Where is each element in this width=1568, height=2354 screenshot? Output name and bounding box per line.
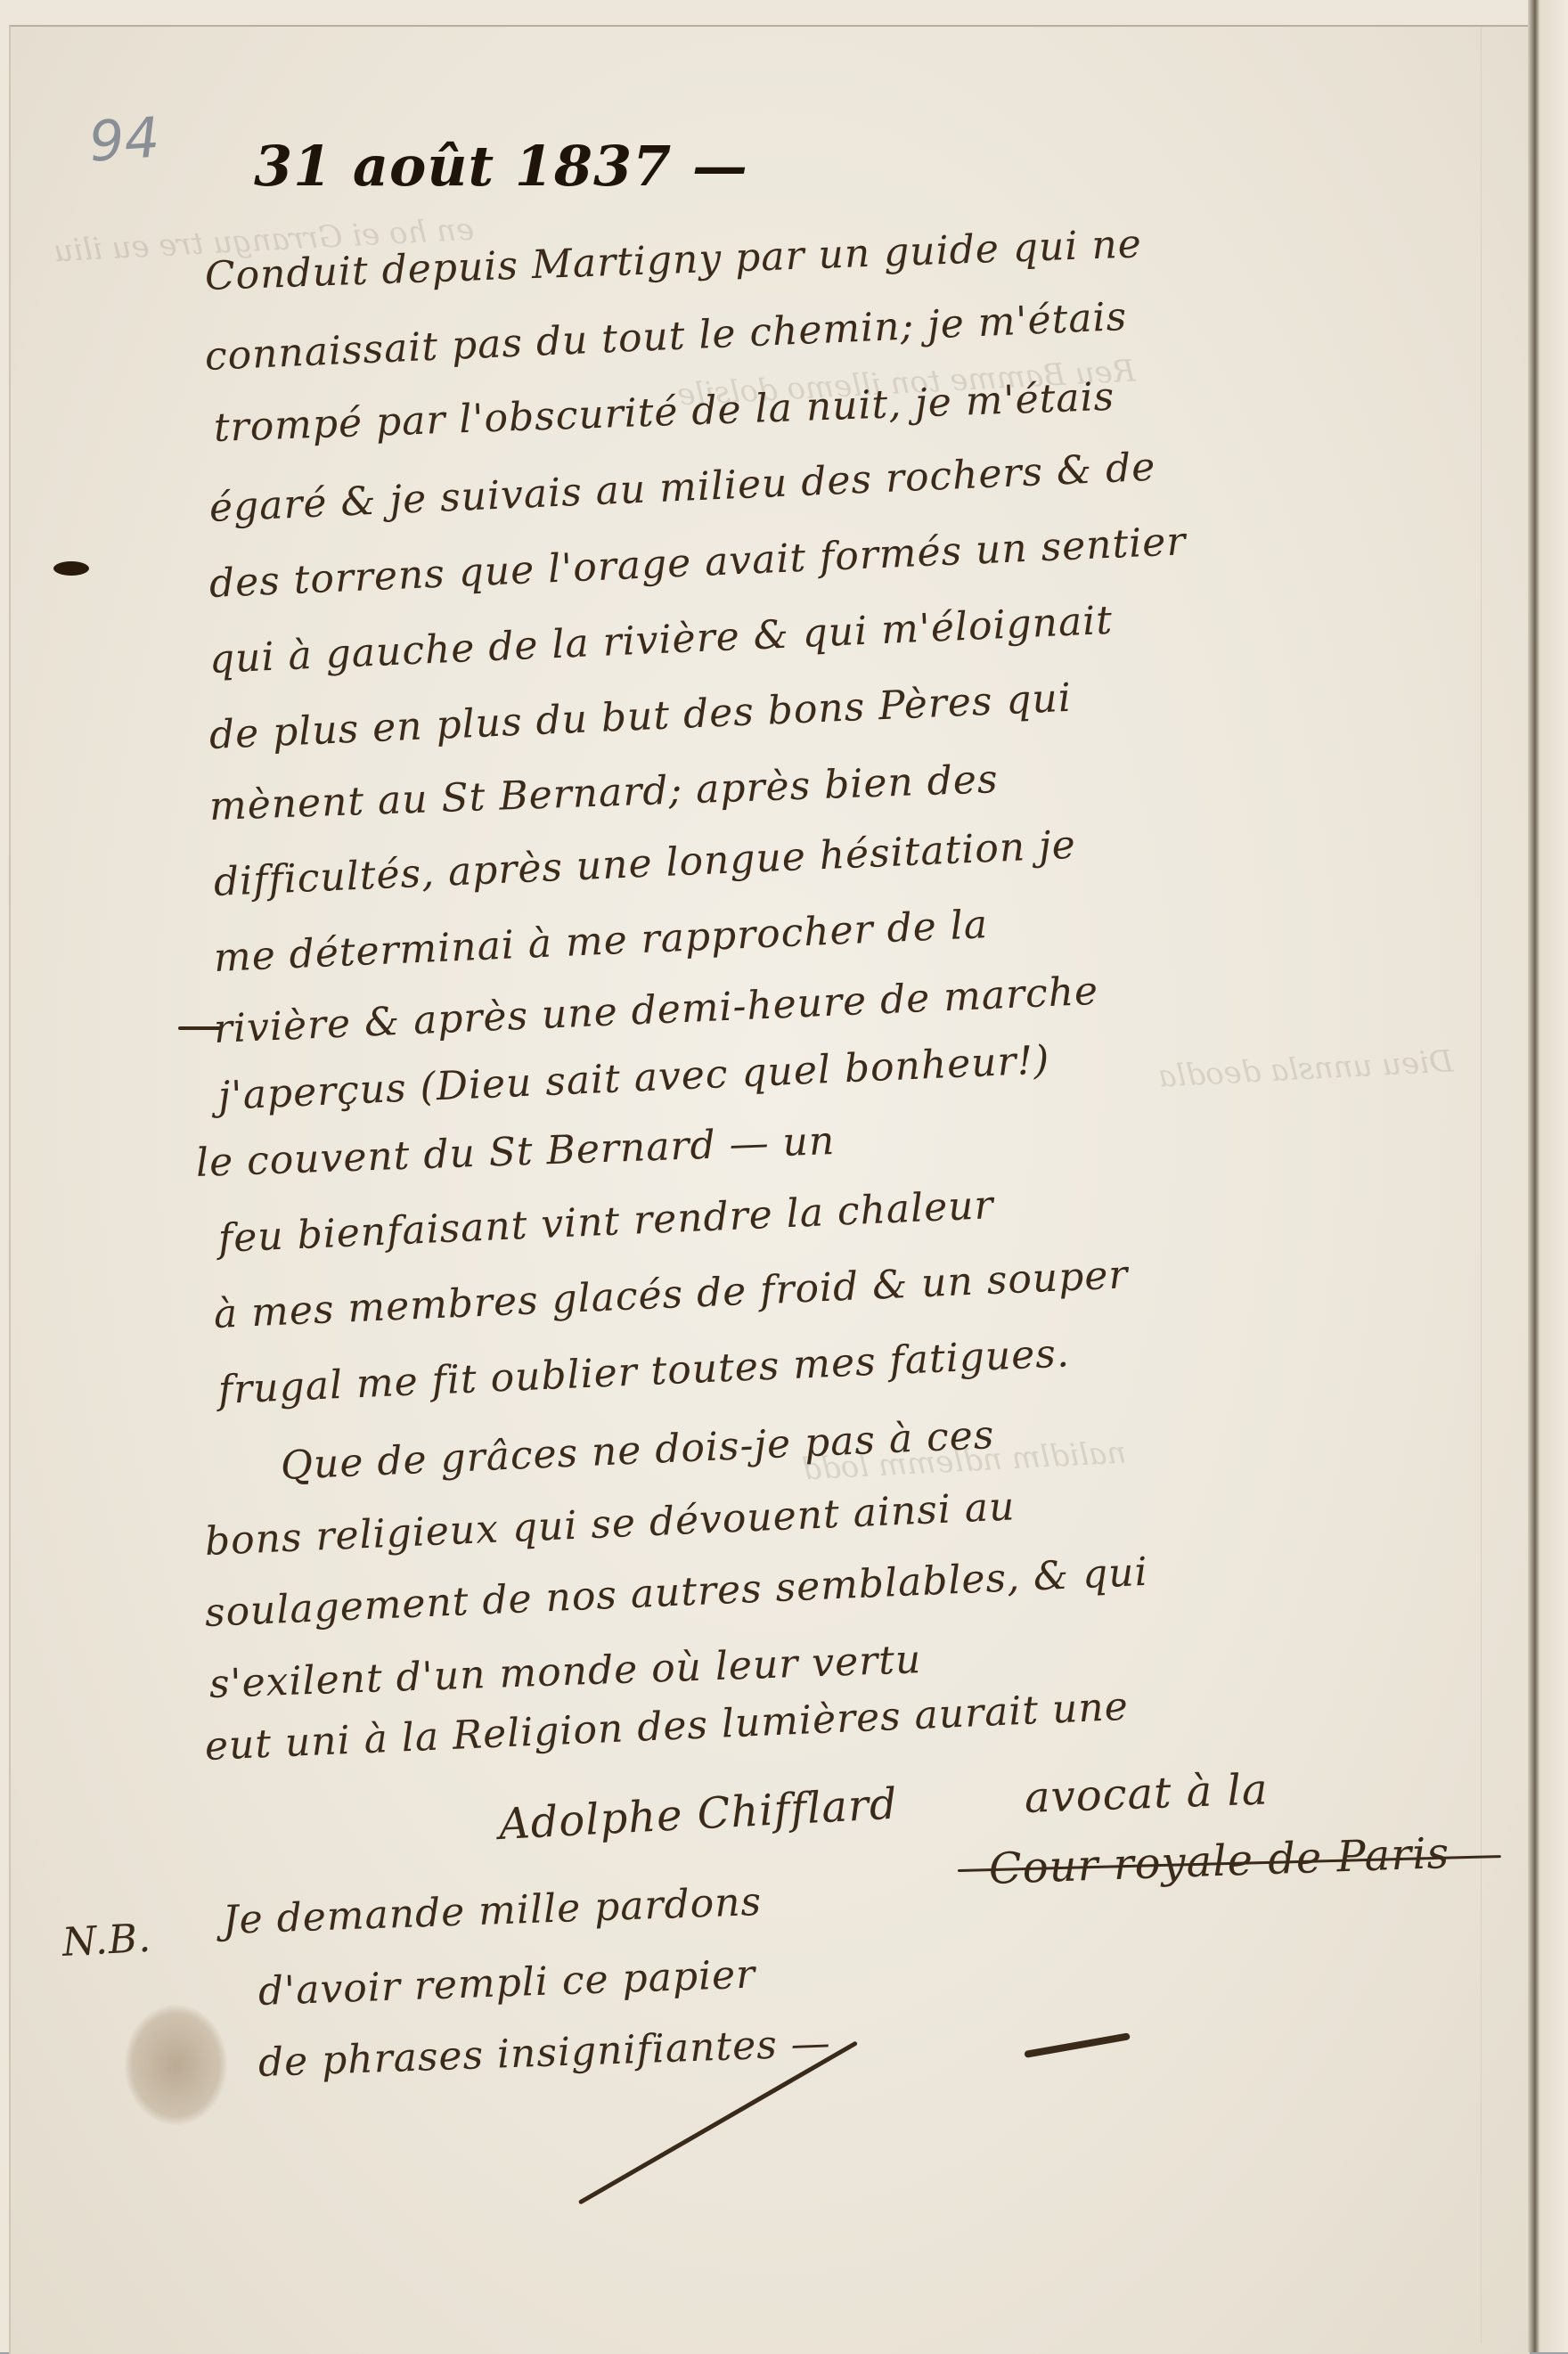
page-fold-line — [1481, 27, 1482, 2343]
signature-title-1: avocat à la — [1024, 1764, 1269, 1823]
postscript-label: N.B. — [61, 1916, 153, 1966]
ink-blot — [53, 561, 89, 576]
margin-dash — [178, 1026, 223, 1030]
entry-date: 31 août 1837 — — [254, 134, 748, 199]
water-stain — [125, 2005, 227, 2125]
folio-number: 94 — [87, 104, 162, 174]
scanned-page: en ho ei Grrangu tre eu iliu Reu Bamme t… — [0, 0, 1568, 2352]
book-gutter-edge — [1528, 0, 1568, 2352]
